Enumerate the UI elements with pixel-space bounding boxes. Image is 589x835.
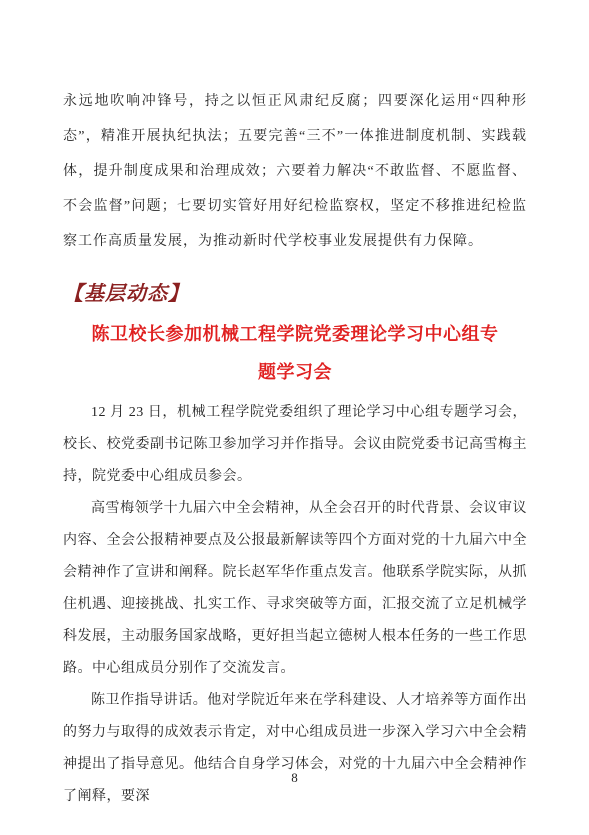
body-paragraph-3: 陈卫作指导讲话。他对学院近年来在学科建设、人才培养等方面作出的努力与取得的成效表… bbox=[63, 685, 527, 813]
body-paragraph-1: 12 月 23 日，机械工程学院党委组织了理论学习中心组专题学习会，校长、校党委… bbox=[63, 397, 527, 493]
article-body: 12 月 23 日，机械工程学院党委组织了理论学习中心组专题学习会，校长、校党委… bbox=[63, 397, 527, 813]
continuation-paragraph: 永远地吹响冲锋号，持之以恒正风肃纪反腐；四要深化运用“四种形态”，精准开展执纪执… bbox=[63, 84, 527, 259]
article-title: 陈卫校长参加机械工程学院党委理论学习中心组专题学习会 bbox=[85, 315, 505, 391]
document-page: 永远地吹响冲锋号，持之以恒正风肃纪反腐；四要深化运用“四种形态”，精准开展执纪执… bbox=[0, 0, 589, 835]
section-heading: 【基层动态】 bbox=[63, 279, 527, 309]
body-paragraph-2: 高雪梅领学十九届六中全会精神，从全会召开的时代背景、会议审议内容、全会公报精神要… bbox=[63, 493, 527, 685]
page-number: 8 bbox=[0, 768, 589, 788]
page-content: 永远地吹响冲锋号，持之以恒正风肃纪反腐；四要深化运用“四种形态”，精准开展执纪执… bbox=[63, 84, 527, 813]
